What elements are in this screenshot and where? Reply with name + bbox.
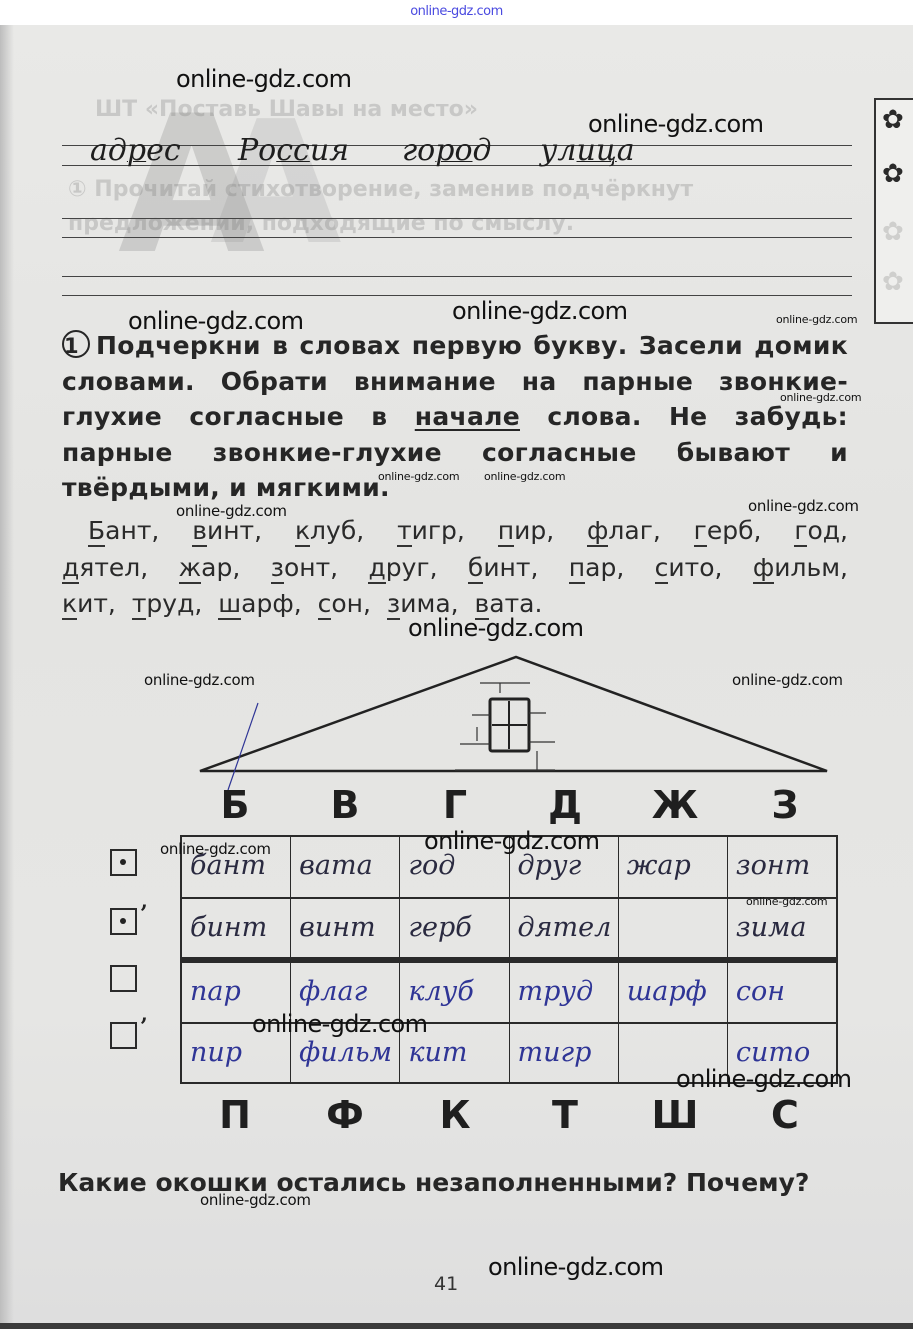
softness-apostrophe-icon: ’	[140, 901, 148, 927]
column-letter: З	[730, 783, 840, 827]
softness-apostrophe-icon: ’	[140, 1014, 148, 1040]
marker-soft-voiceless	[110, 1022, 137, 1049]
voiceless-letters-row: П Ф К Т Ш С	[180, 1093, 840, 1137]
watermark: online-gdz.com	[746, 895, 827, 908]
watermark: online-gdz.com	[588, 110, 763, 138]
column-letter: Г	[400, 783, 510, 827]
table-cell: вата	[291, 837, 400, 897]
voiced-letters-row: Б В Г Д Ж З	[180, 783, 840, 827]
column-letter: Ж	[620, 783, 730, 827]
watermark: online-gdz.com	[408, 614, 583, 642]
column-letter: Д	[510, 783, 620, 827]
watermark: online-gdz.com	[780, 391, 861, 404]
house-roof-drawing	[0, 25, 913, 825]
page-number: 41	[434, 1273, 458, 1295]
site-banner: online-gdz.com	[0, 0, 913, 25]
marker-soft-voiced	[110, 908, 137, 935]
marker-hard-voiced	[110, 849, 137, 876]
table-cell: жар	[619, 837, 728, 897]
watermark: online-gdz.com	[776, 313, 857, 326]
column-letter: Б	[180, 783, 290, 827]
banner-text[interactable]: online-gdz.com	[410, 4, 503, 19]
watermark: online-gdz.com	[200, 1191, 311, 1209]
follow-up-question: Какие окошки остались незаполненными? По…	[58, 1165, 840, 1201]
dot-icon	[120, 918, 126, 924]
watermark: online-gdz.com	[676, 1065, 851, 1093]
watermark: online-gdz.com	[484, 470, 565, 483]
table-row: бинтвинтгербдятелзима	[182, 899, 836, 957]
table-cell-empty	[619, 899, 728, 957]
table-cell: тигр	[510, 1024, 619, 1082]
table-cell: винт	[291, 899, 400, 957]
watermark: online-gdz.com	[488, 1253, 663, 1281]
table-cell: зонт	[728, 837, 836, 897]
page-bottom-edge	[0, 1323, 913, 1329]
watermark: online-gdz.com	[128, 307, 303, 335]
column-letter: Т	[510, 1093, 620, 1137]
marker-hard-voiceless	[110, 965, 137, 992]
dot-icon	[120, 859, 126, 865]
column-letter: Ф	[290, 1093, 400, 1137]
column-letter: В	[290, 783, 400, 827]
watermark: online-gdz.com	[160, 840, 271, 858]
watermark: online-gdz.com	[424, 827, 599, 855]
table-cell: сон	[728, 963, 836, 1022]
column-letter: К	[400, 1093, 510, 1137]
column-letter: Ш	[620, 1093, 730, 1137]
watermark: online-gdz.com	[144, 671, 255, 689]
table-cell: труд	[510, 963, 619, 1022]
watermark: online-gdz.com	[378, 470, 459, 483]
watermark: online-gdz.com	[252, 1010, 427, 1038]
watermark: online-gdz.com	[452, 297, 627, 325]
table-cell: герб	[400, 899, 509, 957]
watermark: online-gdz.com	[176, 502, 287, 520]
column-letter: П	[180, 1093, 290, 1137]
table-cell: бинт	[182, 899, 291, 957]
house-table: бантватагоддругжарзонтбинтвинтгербдятелз…	[180, 835, 838, 1084]
table-cell: шарф	[619, 963, 728, 1022]
workbook-page: А А ШТ «Поставь Шавы на место» ① Прочита…	[0, 25, 913, 1329]
column-letter: С	[730, 1093, 840, 1137]
table-cell: дятел	[510, 899, 619, 957]
watermark: online-gdz.com	[748, 497, 859, 515]
watermark: online-gdz.com	[176, 65, 351, 93]
watermark: online-gdz.com	[732, 671, 843, 689]
